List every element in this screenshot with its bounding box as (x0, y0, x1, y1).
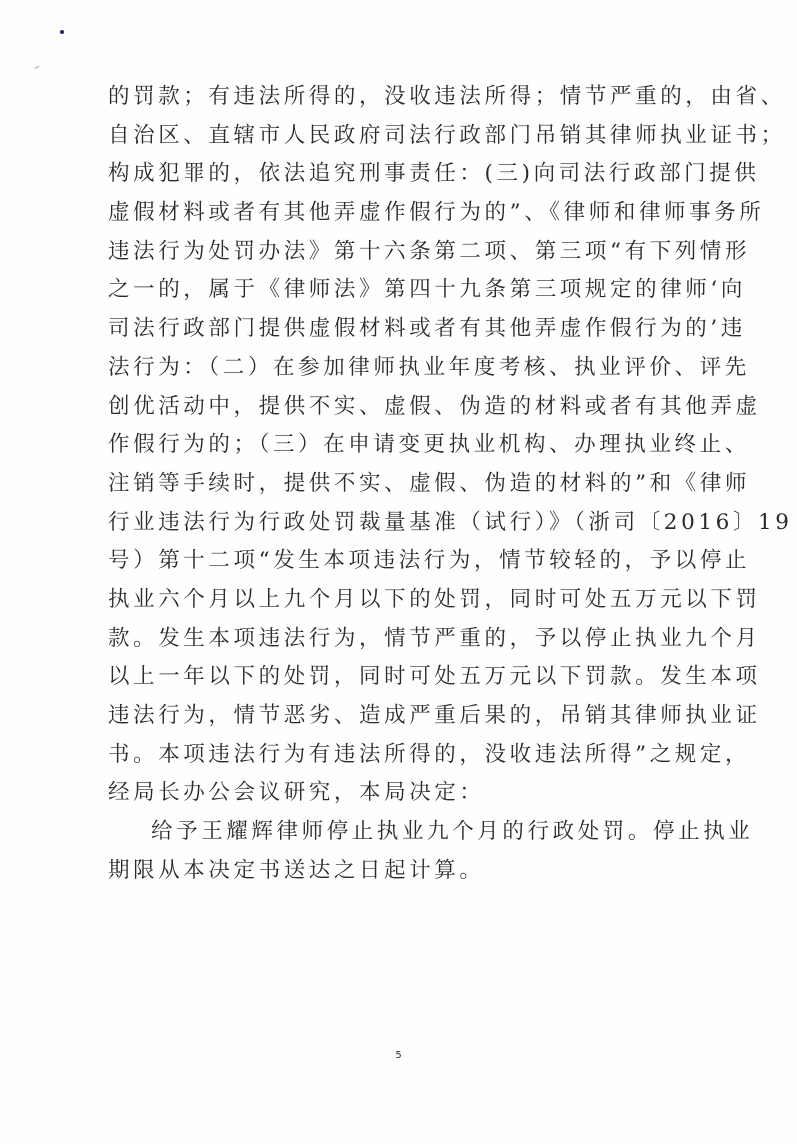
decision-paragraph-line: 给予王耀辉律师停止执业九个月的行政处罚。停止执业 (108, 813, 698, 852)
text-line: 的罚款；有违法所得的，没收违法所得；情节严重的，由省、 (108, 78, 698, 117)
text-line: 执业六个月以上九个月以下的处罚，同时可处五万元以下罚 (108, 581, 698, 620)
scan-artifact-dot (60, 30, 64, 34)
text-line: 构成犯罪的，依法追究刑事责任：(三)向司法行政部门提供 (108, 155, 698, 194)
text-line: 行业违法行为行政处罚裁量基准（试行）》（浙司〔2016〕19 (108, 504, 698, 543)
text-line: 经局长办公会议研究，本局决定： (108, 774, 698, 813)
scan-artifact-mark (34, 64, 40, 69)
text-line: 法行为：（二）在参加律师执业年度考核、执业评价、评先 (108, 349, 698, 388)
text-line: 之一的，属于《律师法》第四十九条第三项规定的律师‘向 (108, 271, 698, 310)
text-line: 自治区、直辖市人民政府司法行政部门吊销其律师执业证书； (108, 117, 698, 156)
document-page: 的罚款；有违法所得的，没收违法所得；情节严重的，由省、 自治区、直辖市人民政府司… (0, 0, 797, 1144)
text-line: 注销等手续时，提供不实、虚假、伪造的材料的”和《律师 (108, 465, 698, 504)
text-line: 号）第十二项“发生本项违法行为，情节较轻的，予以停止 (108, 542, 698, 581)
decision-paragraph-line: 期限从本决定书送达之日起计算。 (108, 852, 698, 891)
text-line: 司法行政部门提供虚假材料或者有其他弄虚作假行为的’违 (108, 310, 698, 349)
document-body: 的罚款；有违法所得的，没收违法所得；情节严重的，由省、 自治区、直辖市人民政府司… (108, 78, 708, 890)
text-line: 款。发生本项违法行为，情节严重的，予以停止执业九个月 (108, 620, 698, 659)
text-line: 违法行为，情节恶劣、造成严重后果的，吊销其律师执业证 (108, 697, 698, 736)
text-line: 以上一年以下的处罚，同时可处五万元以下罚款。发生本项 (108, 658, 698, 697)
text-line: 违法行为处罚办法》第十六条第二项、第三项“有下列情形 (108, 233, 698, 272)
text-line: 作假行为的；（三）在申请变更执业机构、办理执业终止、 (108, 426, 698, 465)
page-number: 5 (0, 1050, 797, 1061)
text-line: 书。本项违法行为有违法所得的，没收违法所得”之规定， (108, 736, 698, 775)
text-line: 虚假材料或者有其他弄虚作假行为的”、《律师和律师事务所 (108, 194, 698, 233)
text-line: 创优活动中，提供不实、虚假、伪造的材料或者有其他弄虚 (108, 388, 698, 427)
